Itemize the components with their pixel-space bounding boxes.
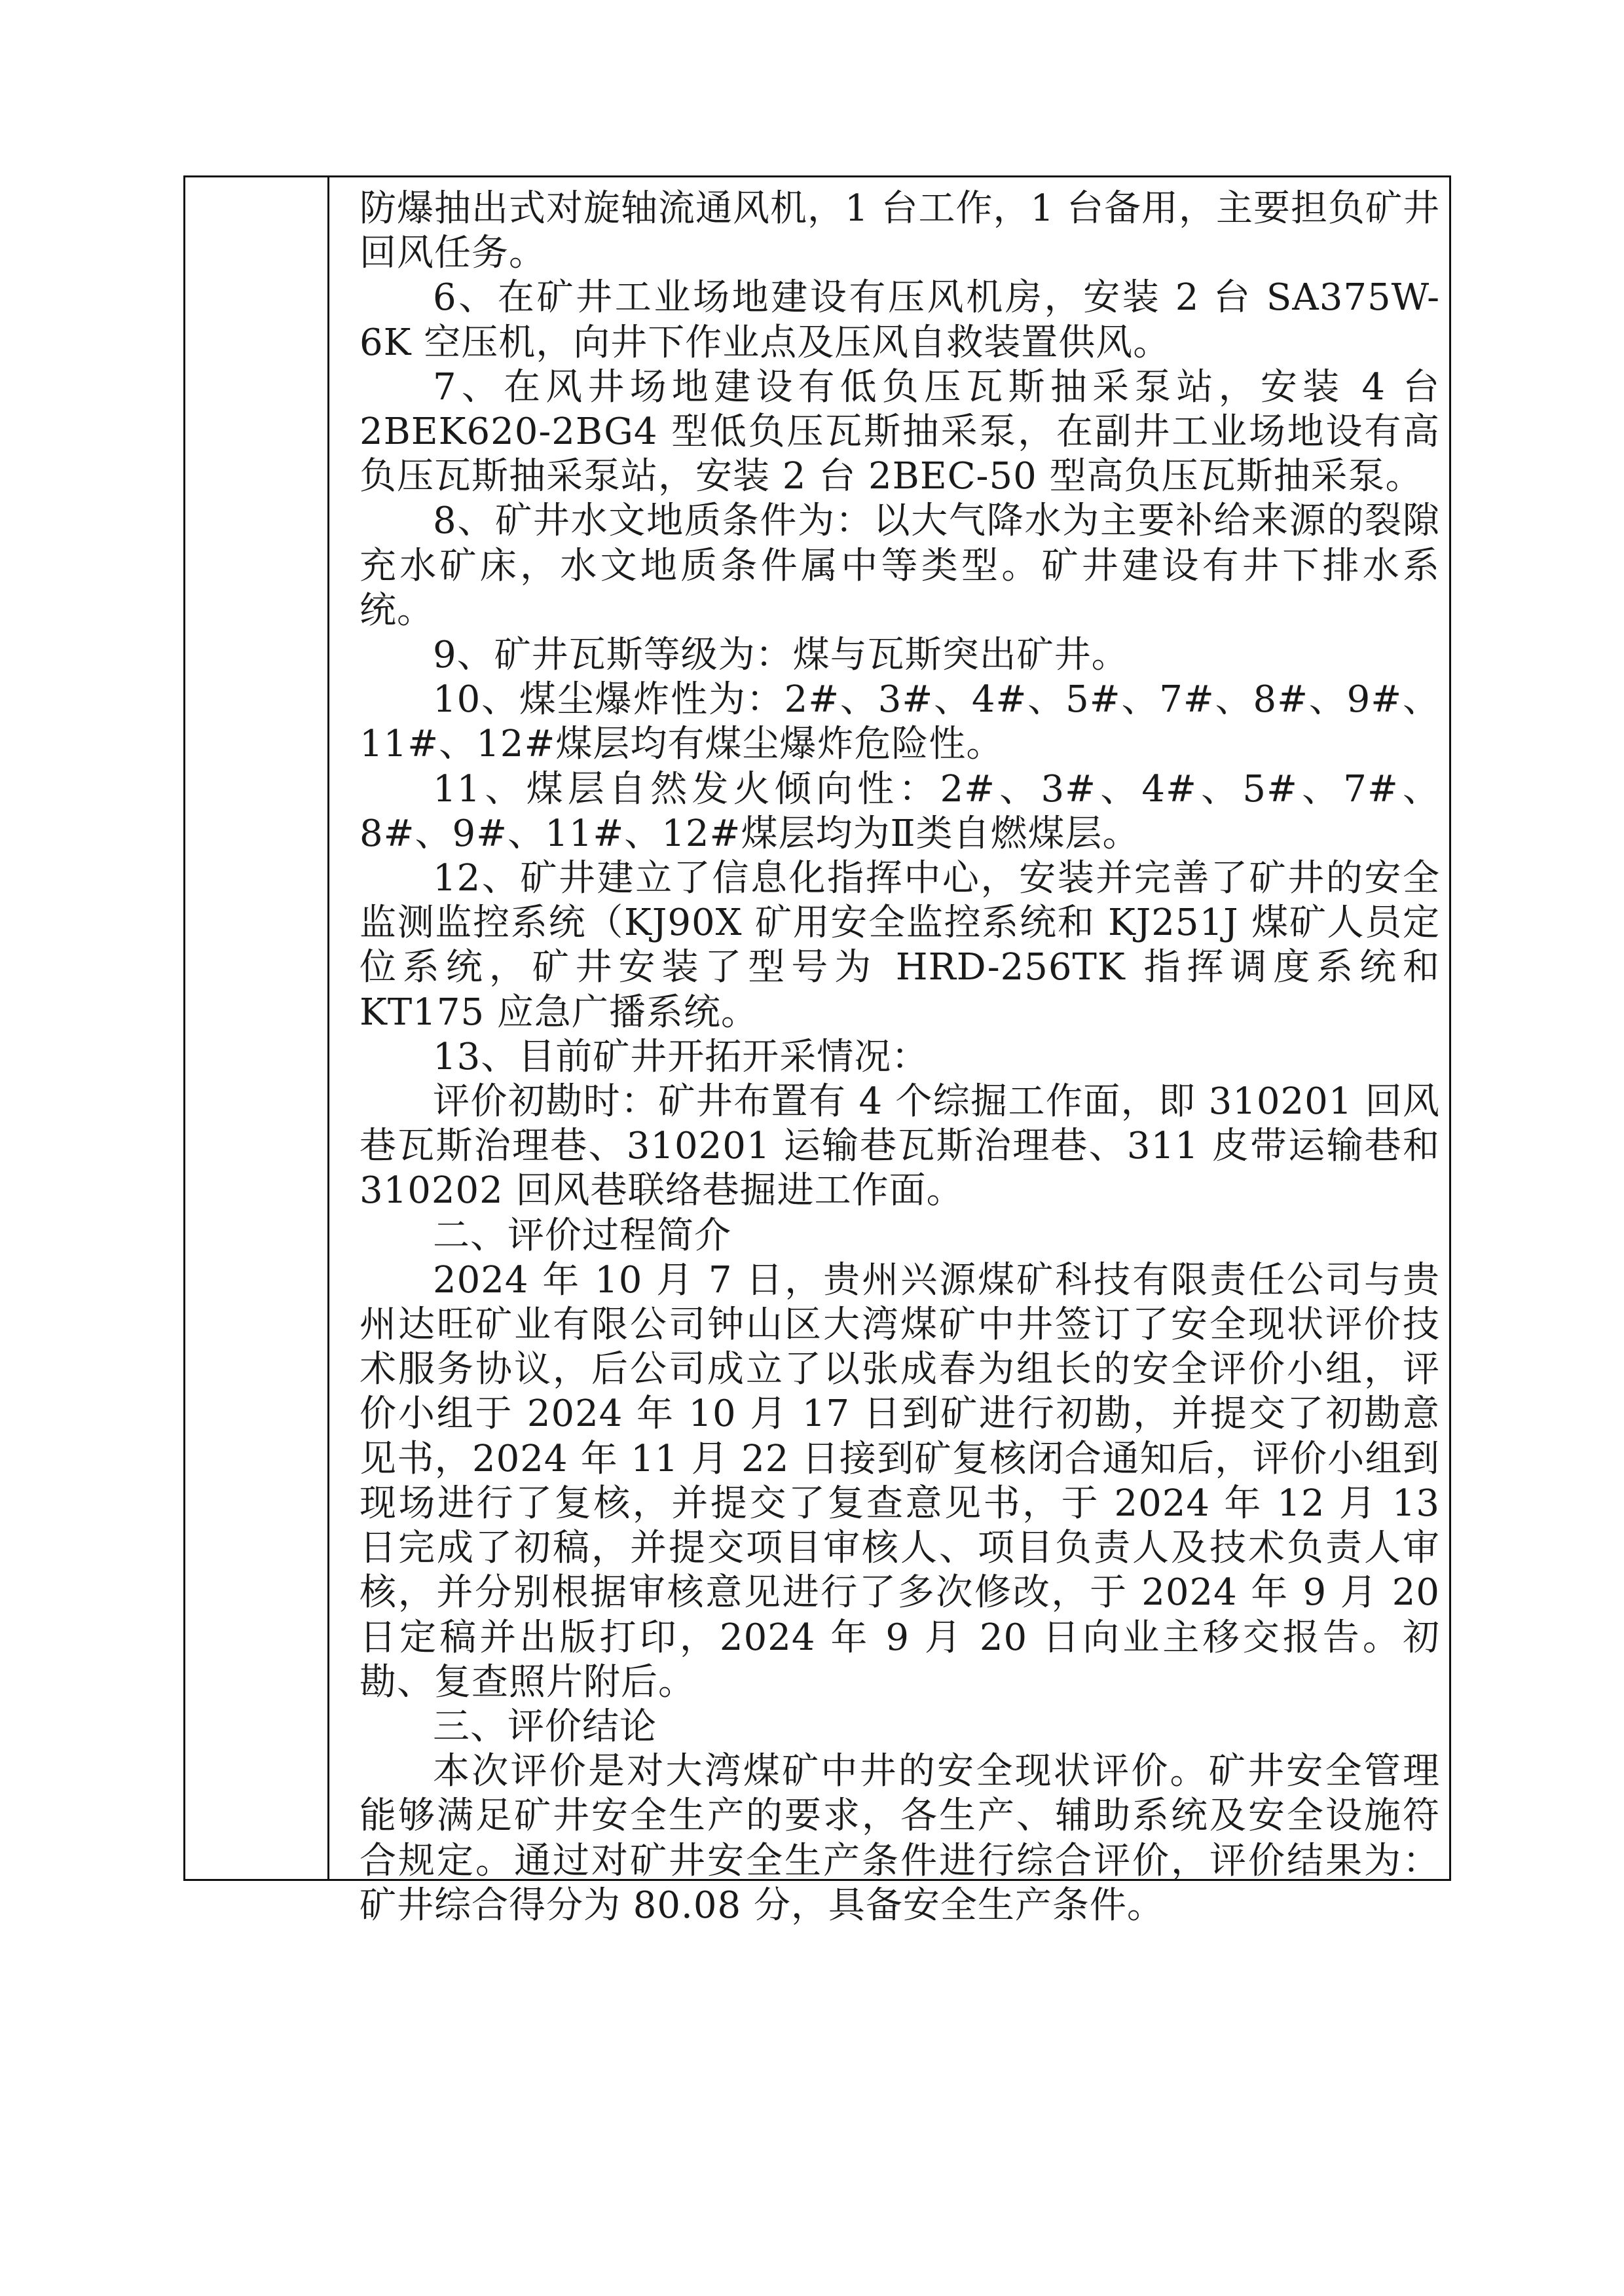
section-heading-conclusion: 三、评价结论 bbox=[360, 1705, 1440, 1749]
section-heading-process: 二、评价过程简介 bbox=[360, 1214, 1440, 1258]
paragraph-item-6: 6、在矿井工业场地建设有压风机房，安装 2 台 SA375W-6K 空压机，向井… bbox=[360, 276, 1440, 365]
paragraph-item-8: 8、矿井水文地质条件为：以大气降水为主要补给来源的裂隙充水矿床，水文地质条件属中… bbox=[360, 499, 1440, 633]
paragraph-item-10: 10、煤尘爆炸性为：2#、3#、4#、5#、7#、8#、9#、11#、12#煤层… bbox=[360, 678, 1440, 767]
paragraph-item-7: 7、在风井场地建设有低负压瓦斯抽采泵站，安装 4 台 2BEK620-2BG4 … bbox=[360, 365, 1440, 500]
paragraph-process: 2024 年 10 月 7 日，贵州兴源煤矿科技有限责任公司与贵州达旺矿业有限公… bbox=[360, 1258, 1440, 1705]
table-label-cell bbox=[185, 177, 329, 1879]
paragraph-item-11: 11、煤层自然发火倾向性：2#、3#、4#、5#、7#、8#、9#、11#、12… bbox=[360, 767, 1440, 856]
paragraph-item-12: 12、矿井建立了信息化指挥中心，安装并完善了矿井的安全监测监控系统（KJ90X … bbox=[360, 856, 1440, 1035]
paragraph-fan-continuation: 防爆抽出式对旋轴流通风机，1 台工作，1 台备用，主要担负矿井回风任务。 bbox=[360, 187, 1440, 276]
paragraph-conclusion: 本次评价是对大湾煤矿中井的安全现状评价。矿井安全管理能够满足矿井安全生产的要求，… bbox=[360, 1749, 1440, 1928]
paragraph-item-13: 13、目前矿井开拓开采情况： bbox=[360, 1035, 1440, 1080]
report-table: 防爆抽出式对旋轴流通风机，1 台工作，1 台备用，主要担负矿井回风任务。 6、在… bbox=[183, 175, 1451, 1881]
paragraph-item-9: 9、矿井瓦斯等级为：煤与瓦斯突出矿井。 bbox=[360, 633, 1440, 678]
paragraph-initial-survey: 评价初勘时：矿井布置有 4 个综掘工作面，即 310201 回风巷瓦斯治理巷、3… bbox=[360, 1080, 1440, 1214]
table-content-cell: 防爆抽出式对旋轴流通风机，1 台工作，1 台备用，主要担负矿井回风任务。 6、在… bbox=[329, 177, 1449, 1879]
